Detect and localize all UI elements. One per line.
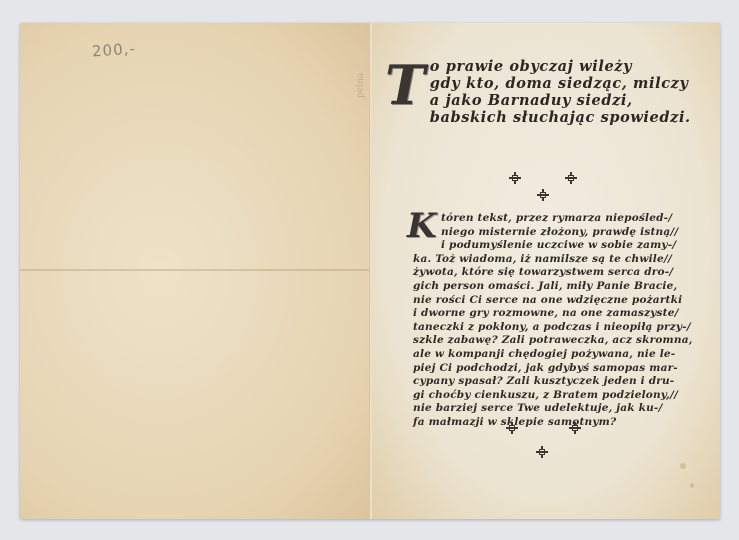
- main-paragraph: K tóren tekst, przez rymarza niepośled-/…: [413, 212, 718, 430]
- paragraph-line: fa małmazji w sklepie samotnym?: [413, 416, 718, 430]
- paragraph-line: żywota, które się towarzystwem serca dro…: [413, 266, 718, 280]
- paragraph-line: piej Ci podchodzi, jak gdybyś samopas ma…: [413, 362, 718, 376]
- paragraph-line: gi choćby cienkuszu, z Bratem podzielony…: [413, 389, 718, 403]
- paragraph-line: ka. Toż wiadoma, iż namilsze są te chwil…: [413, 253, 718, 267]
- cross-ornament-icon: [536, 446, 548, 458]
- cross-ornament-icon: [509, 172, 521, 184]
- paragraph-line: nie barziej serce Twe udelektuje, jak ku…: [413, 402, 718, 416]
- verse-line: a jako Barnaduy siedzi,: [385, 92, 715, 109]
- paragraph-line: gich person omaści. Jali, miły Panie Bra…: [413, 280, 718, 294]
- paragraph-line: tóren tekst, przez rymarza niepośled-/: [413, 212, 718, 226]
- paragraph-line: ale w kompanji chędogiej pożywana, nie l…: [413, 348, 718, 362]
- paragraph-line: i dworne gry rozmowne, na one zamaszyste…: [413, 307, 718, 321]
- cross-ornament-icon: [537, 189, 549, 201]
- paragraph-line: szkle zabawę? Zali potraweczka, acz skro…: [413, 334, 718, 348]
- verse-dropcap: T: [385, 60, 426, 110]
- foxing-stain: [680, 463, 686, 469]
- cross-ornament-icon: [569, 422, 581, 434]
- verse-line: gdy kto, doma siedząc, milczy: [385, 75, 715, 92]
- opening-verse: T o prawie obyczaj wileży gdy kto, doma …: [385, 58, 715, 126]
- paragraph-line: taneczki z pokłony, a podczas i nieopiłą…: [413, 321, 718, 335]
- cross-ornament-icon: [565, 172, 577, 184]
- paragraph-line: nie rości Ci serce na one wdzięczne poża…: [413, 294, 718, 308]
- horizontal-fold: [20, 269, 370, 271]
- paragraph-line: cypany spasał? Zali kusztyczek jeden i d…: [413, 375, 718, 389]
- pencil-price-note: 200,-: [91, 39, 136, 60]
- paragraph-line: i podumyślenie uczciwe w sobie zamy-/: [413, 239, 718, 253]
- foxing-stain: [690, 483, 694, 488]
- left-page: 200,-: [20, 23, 370, 519]
- cross-ornament-icon: [506, 422, 518, 434]
- paragraph-dropcap: K: [407, 210, 437, 242]
- paragraph-line: niego misternie złożony, prawdę istną//: [413, 226, 718, 240]
- verse-line: o prawie obyczaj wileży: [385, 58, 715, 75]
